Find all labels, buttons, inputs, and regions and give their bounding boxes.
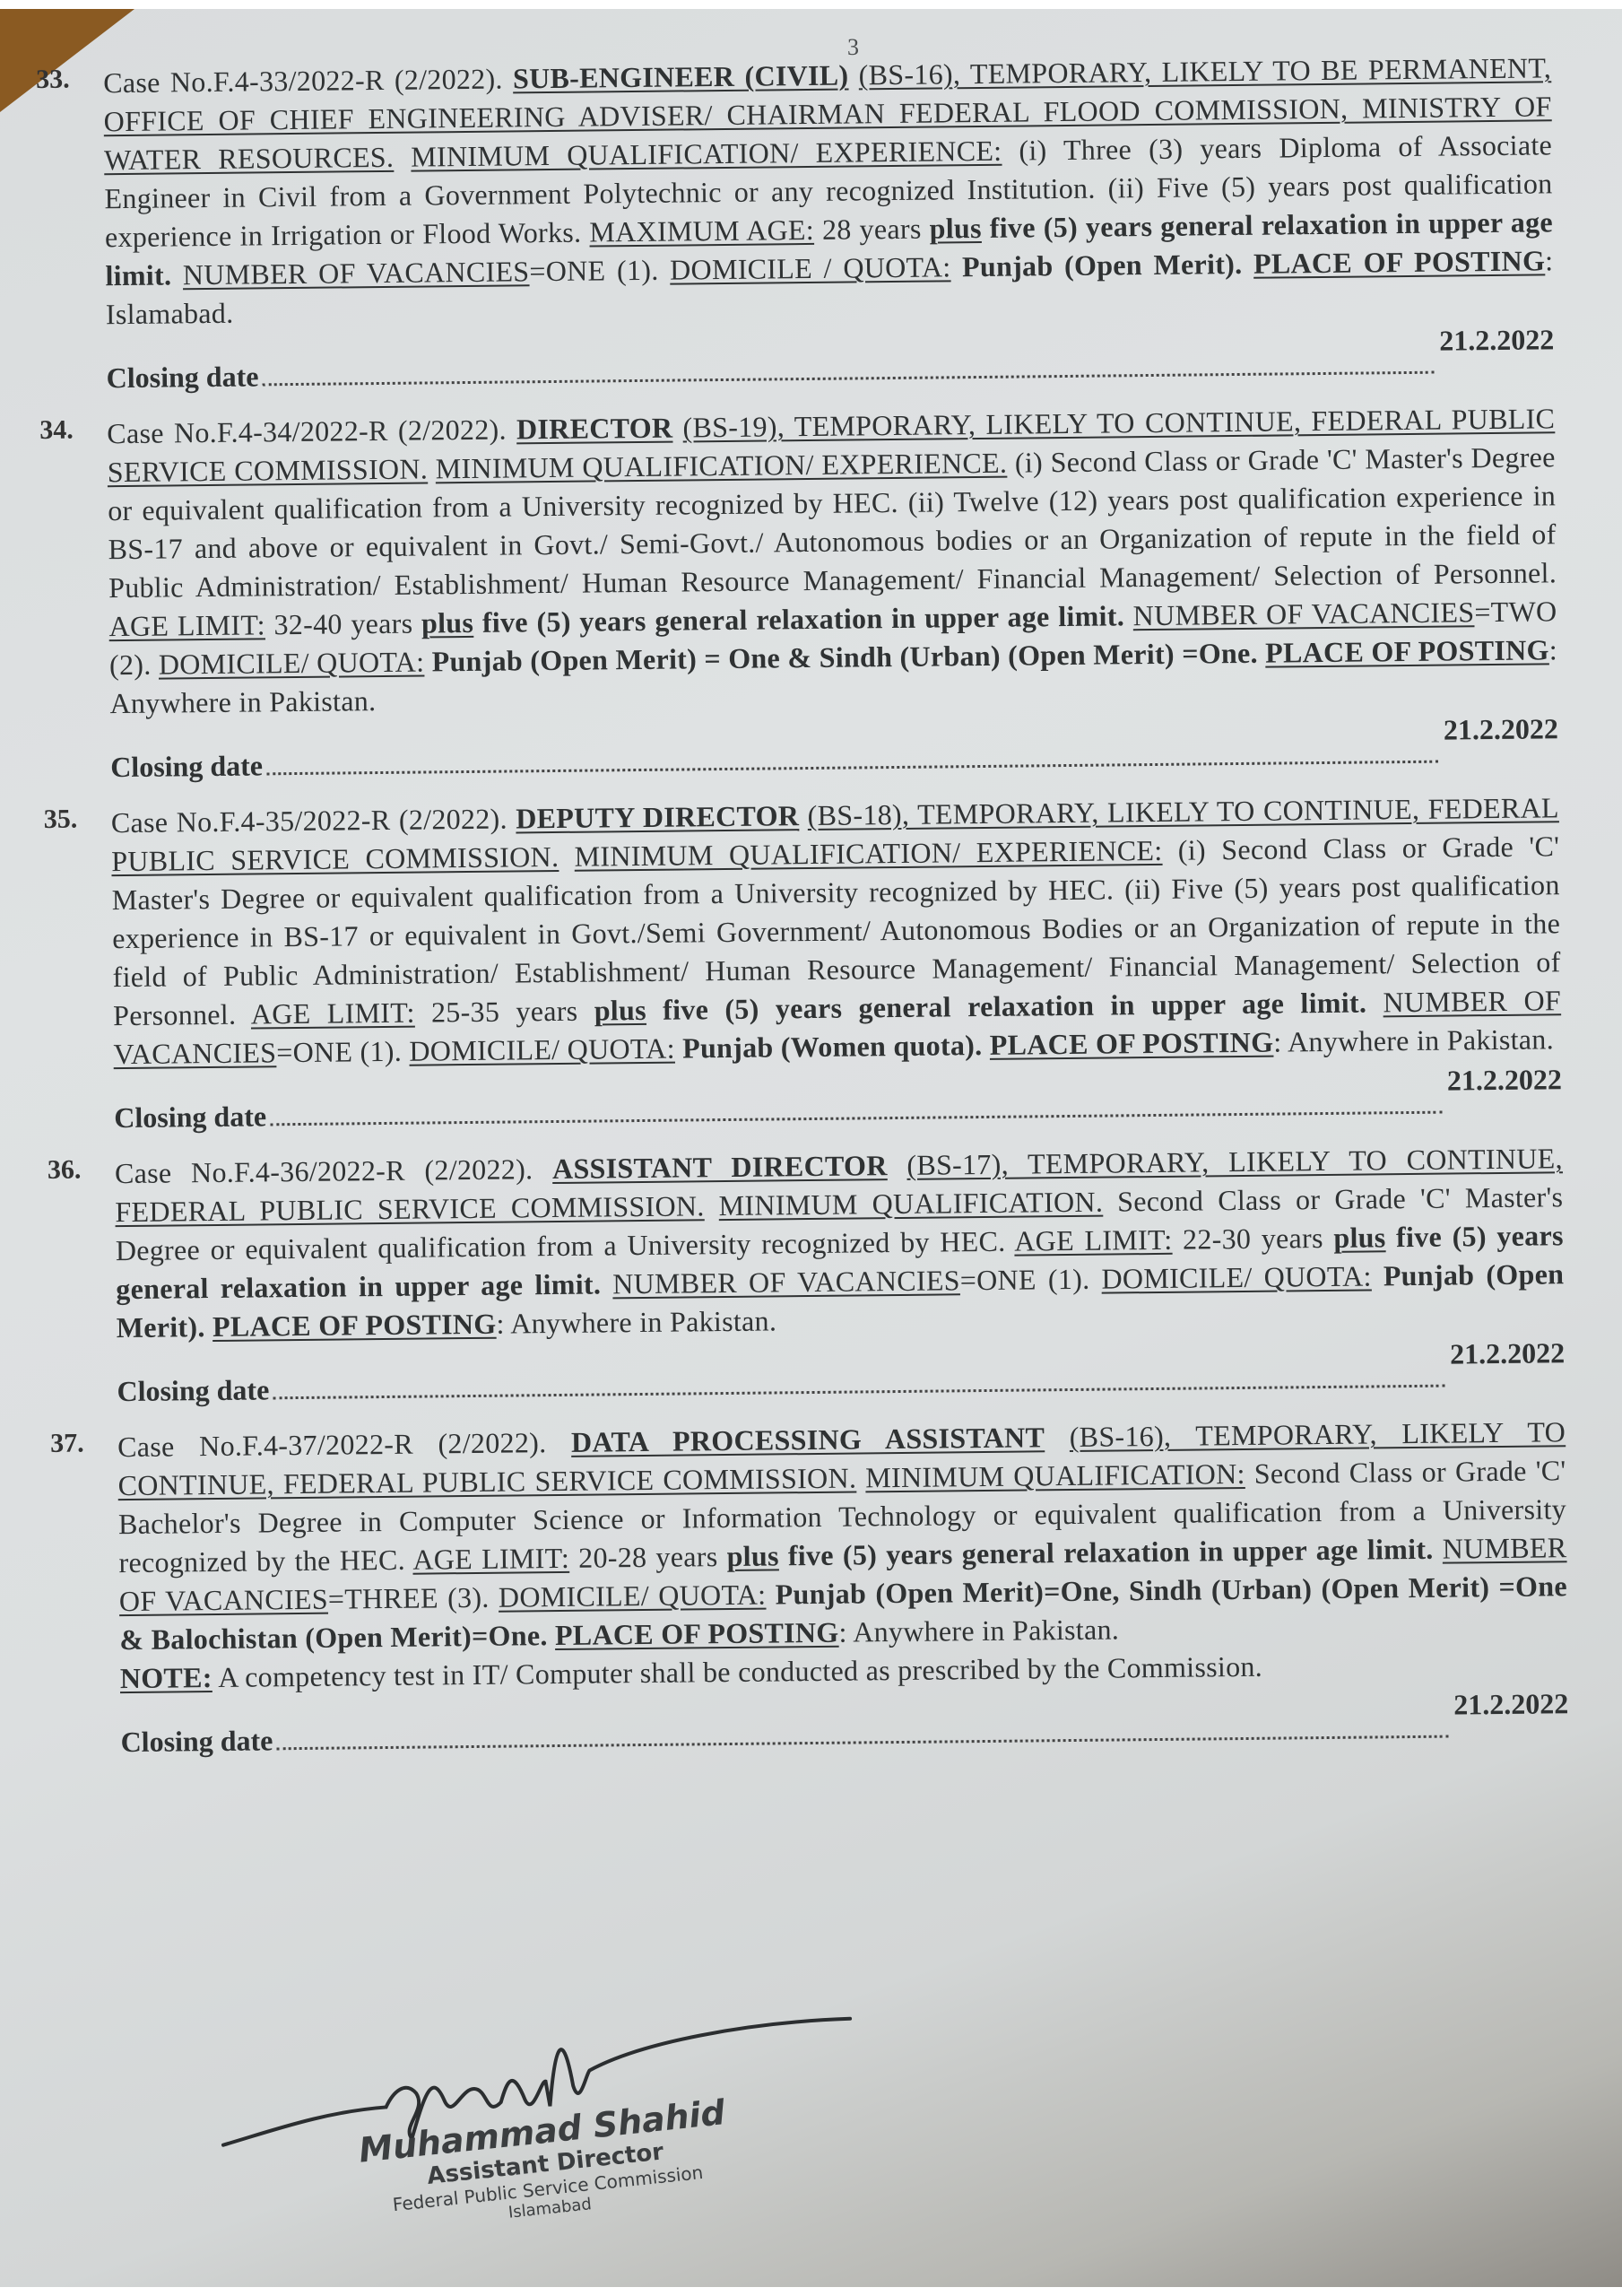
age-text: 20-28 years: [578, 1540, 718, 1574]
age-text: 25-35 years: [431, 995, 578, 1029]
post-title: ASSISTANT DIRECTOR: [552, 1149, 888, 1185]
dotted-leader: [273, 1385, 1444, 1400]
post-title: DATA PROCESSING ASSISTANT: [571, 1421, 1045, 1458]
closing-date-label: Closing date: [117, 1373, 269, 1408]
age-text: 32-40 years: [273, 607, 412, 641]
domicile-label: DOMICILE/ QUOTA:: [1101, 1259, 1372, 1294]
vacancies-text: =ONE (1).: [276, 1035, 402, 1068]
job-entry: 35. Case No.F.4-35/2022-R (2/2022). DEPU…: [44, 788, 1563, 1135]
entry-body: Case No.F.4-35/2022-R (2/2022). DEPUTY D…: [111, 788, 1562, 1074]
vacancies-label: NUMBER OF VACANCIES: [183, 255, 530, 291]
case-number: Case No.F.4-37/2022-R (2/2022).: [117, 1426, 547, 1463]
relaxation-text: five (5) years general relaxation in upp…: [788, 1533, 1434, 1572]
posting-label: PLACE OF POSTING: [213, 1308, 497, 1343]
dotted-leader: [263, 371, 1435, 387]
closing-date-value: 21.2.2022: [1450, 1336, 1565, 1370]
case-number: Case No.F.4-34/2022-R (2/2022).: [107, 413, 507, 450]
post-title: SUB-ENGINEER (CIVIL): [513, 59, 849, 95]
closing-date-row: Closing date 21.2.2022: [110, 720, 1558, 784]
entry-number: 36.: [48, 1155, 82, 1186]
age-label: AGE LIMIT:: [1014, 1223, 1173, 1257]
job-entry: 34. Case No.F.4-34/2022-R (2/2022). DIRE…: [39, 399, 1558, 785]
domicile-label: DOMICILE / QUOTA:: [670, 250, 951, 285]
qualification-label: MINIMUM QUALIFICATION/ EXPERIENCE:: [574, 834, 1162, 873]
post-title: DIRECTOR: [516, 412, 673, 446]
closing-date-row: Closing date 21.2.2022: [114, 1071, 1562, 1135]
qualification-label: MINIMUM QUALIFICATION:: [865, 1457, 1245, 1493]
domicile-text: Punjab (Open Merit).: [962, 248, 1243, 283]
qualification-label: MINIMUM QUALIFICATION.: [718, 1186, 1103, 1222]
entry-number: 34.: [39, 415, 74, 446]
entry-body: Case No.F.4-36/2022-R (2/2022). ASSISTAN…: [115, 1139, 1565, 1347]
closing-date-row: Closing date 21.2.2022: [106, 331, 1554, 395]
closing-date-row: Closing date 21.2.2022: [120, 1695, 1568, 1759]
note-label: NOTE:: [120, 1661, 213, 1694]
dotted-leader: [266, 761, 1438, 776]
domicile-text: Punjab (Open Merit) = One & Sindh (Urban…: [431, 637, 1258, 678]
domicile-label: DOMICILE/ QUOTA:: [499, 1578, 767, 1613]
age-text: 22-30 years: [1183, 1222, 1323, 1256]
entry-number: 37.: [50, 1429, 84, 1459]
entry-body: Case No.F.4-37/2022-R (2/2022). DATA PRO…: [117, 1413, 1568, 1698]
age-label: MAXIMUM AGE:: [589, 213, 814, 248]
closing-date-label: Closing date: [120, 1724, 273, 1759]
posting-label: PLACE OF POSTING: [990, 1026, 1274, 1061]
case-number: Case No.F.4-33/2022-R (2/2022).: [103, 63, 503, 100]
entry-body: Case No.F.4-33/2022-R (2/2022). SUB-ENGI…: [103, 48, 1554, 334]
posting-text: : Anywhere in Pakistan.: [1273, 1022, 1554, 1057]
closing-date-label: Closing date: [110, 749, 263, 784]
job-listings: 33. Case No.F.4-33/2022-R (2/2022). SUB-…: [36, 48, 1569, 1779]
vacancies-label: NUMBER OF VACANCIES: [612, 1264, 960, 1300]
closing-date-value: 21.2.2022: [1444, 712, 1558, 746]
qualification-label: MINIMUM QUALIFICATION/ EXPERIENCE:: [411, 135, 1002, 173]
vacancies-text: =ONE (1).: [529, 254, 659, 288]
age-label: AGE LIMIT:: [108, 608, 265, 642]
age-label: AGE LIMIT:: [251, 996, 415, 1031]
plus-word: plus: [1333, 1221, 1386, 1254]
posting-label: PLACE OF POSTING: [1253, 244, 1546, 279]
job-entry: 33. Case No.F.4-33/2022-R (2/2022). SUB-…: [36, 48, 1555, 396]
closing-date-value: 21.2.2022: [1447, 1063, 1562, 1097]
entry-body: Case No.F.4-34/2022-R (2/2022). DIRECTOR…: [107, 399, 1558, 723]
document-photo: 3 33. Case No.F.4-33/2022-R (2/2022). SU…: [0, 9, 1622, 2287]
plus-word: plus: [929, 212, 982, 245]
job-entry: 36. Case No.F.4-36/2022-R (2/2022). ASSI…: [48, 1139, 1566, 1409]
dotted-leader: [270, 1111, 1442, 1126]
case-number: Case No.F.4-36/2022-R (2/2022).: [115, 1152, 533, 1189]
closing-date-row: Closing date 21.2.2022: [117, 1344, 1565, 1408]
posting-label: PLACE OF POSTING: [1265, 633, 1549, 668]
posting-text: : Anywhere in Pakistan.: [496, 1304, 776, 1339]
plus-word: plus: [421, 606, 474, 639]
entry-number: 33.: [36, 65, 70, 95]
relaxation-text: five (5) years general relaxation in upp…: [482, 599, 1125, 638]
closing-date-label: Closing date: [114, 1100, 266, 1135]
closing-date-label: Closing date: [106, 360, 258, 395]
closing-date-value: 21.2.2022: [1439, 323, 1554, 357]
domicile-label: DOMICILE/ QUOTA:: [409, 1032, 675, 1067]
dotted-leader: [276, 1735, 1448, 1751]
posting-text: : Anywhere in Pakistan.: [838, 1613, 1119, 1648]
relaxation-text: five (5) years general relaxation in upp…: [663, 987, 1366, 1026]
posting-label: PLACE OF POSTING: [555, 1616, 839, 1651]
plus-word: plus: [726, 1539, 779, 1572]
job-entry: 37. Case No.F.4-37/2022-R (2/2022). DATA…: [50, 1413, 1569, 1760]
vacancies-label: NUMBER OF VACANCIES: [1132, 596, 1474, 631]
post-title: DEPUTY DIRECTOR: [516, 799, 799, 834]
plus-word: plus: [594, 994, 647, 1027]
vacancies-text: =THREE (3).: [328, 1581, 490, 1615]
domicile-label: DOMICILE/ QUOTA:: [159, 646, 425, 681]
domicile-text: Punjab (Women quota).: [682, 1029, 983, 1064]
age-label: AGE LIMIT:: [412, 1542, 569, 1576]
signature-block: Muhammad Shahid Assistant Director Feder…: [188, 1956, 892, 2277]
age-text: 28 years: [822, 213, 922, 246]
entry-number: 35.: [44, 804, 78, 835]
vacancies-text: =ONE (1).: [960, 1263, 1090, 1297]
case-number: Case No.F.4-35/2022-R (2/2022).: [111, 803, 507, 839]
closing-date-value: 21.2.2022: [1453, 1687, 1568, 1721]
qualification-label: MINIMUM QUALIFICATION/ EXPERIENCE.: [436, 447, 1008, 485]
note-text: A competency test in IT/ Computer shall …: [218, 1650, 1262, 1693]
